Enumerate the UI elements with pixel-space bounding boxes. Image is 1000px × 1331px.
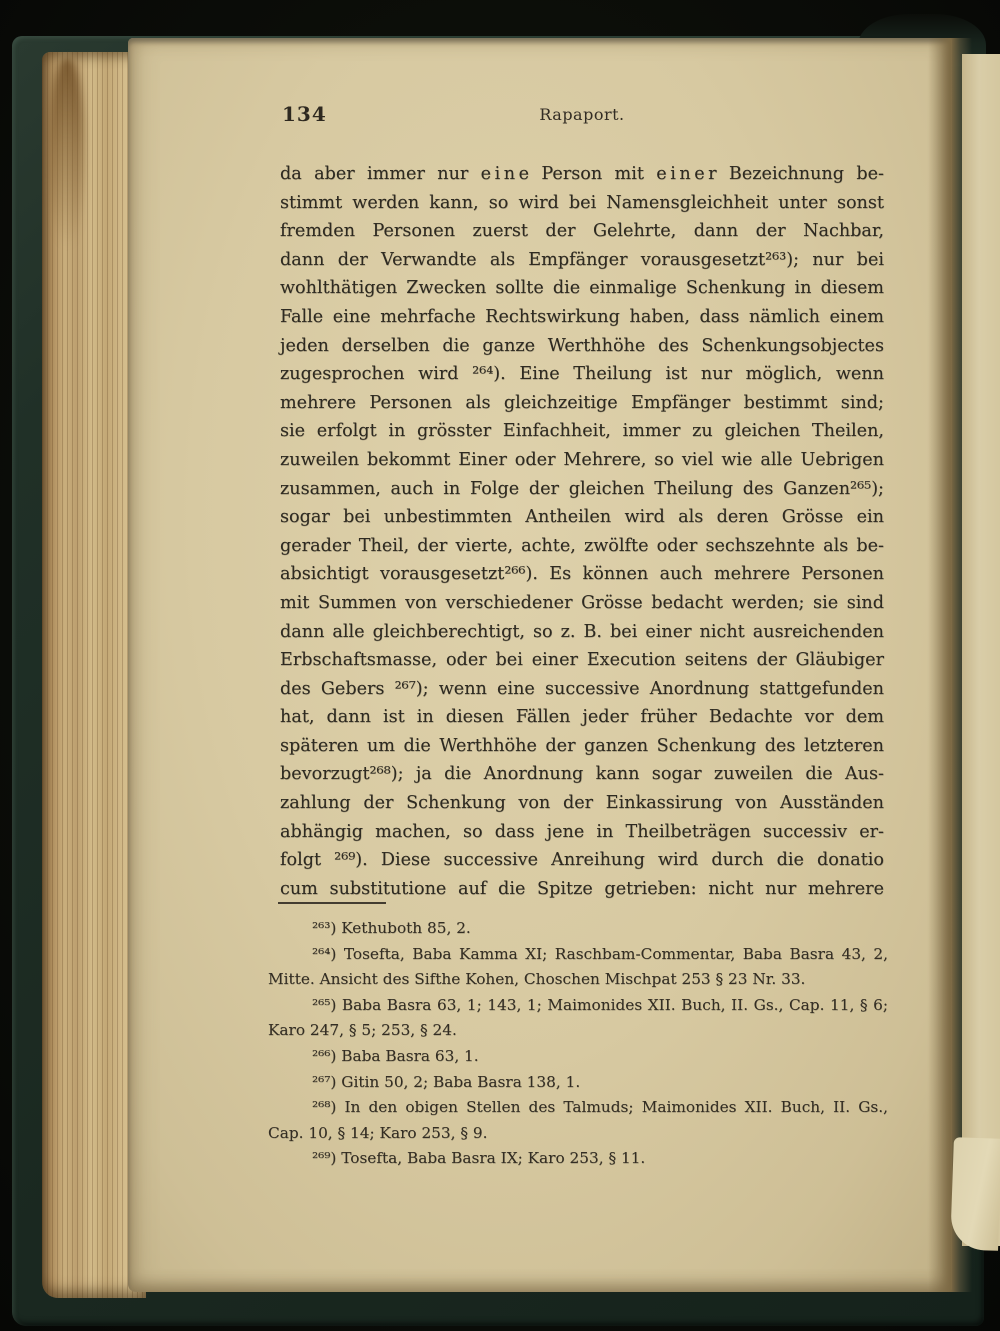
footnote: ²⁶⁴) Tosefta, Baba Kamma XI; Raschbam-Co… bbox=[268, 942, 888, 993]
body-text: da aber immer nur e i n e Person mit e i… bbox=[280, 160, 884, 903]
body-text-line: da aber immer nur e i n e Person mit e i… bbox=[280, 160, 884, 189]
body-text-line: sogar bei unbestimmten Antheilen wird al… bbox=[280, 503, 884, 532]
page-edge-stain bbox=[50, 58, 84, 248]
body-text-line: fremden Personen zuerst der Gelehrte, da… bbox=[280, 217, 884, 246]
footnote: ²⁶⁷) Gitin 50, 2; Baba Basra 138, 1. bbox=[268, 1070, 888, 1096]
body-text-line: Erbschaftsmasse, oder bei einer Executio… bbox=[280, 646, 884, 675]
footnote: ²⁶³) Kethuboth 85, 2. bbox=[268, 916, 888, 942]
body-text-line: dann alle gleichberechtigt, so z. B. bei… bbox=[280, 618, 884, 647]
body-text-line: jeden derselben die ganze Werthhöhe des … bbox=[280, 332, 884, 361]
body-text-line: gerader Theil, der vierte, achte, zwölft… bbox=[280, 532, 884, 561]
body-text-line: zusammen, auch in Folge der gleichen The… bbox=[280, 475, 884, 504]
body-text-line: späteren um die Werthhöhe der ganzen Sch… bbox=[280, 732, 884, 761]
page-header: 134 Rapaport. bbox=[280, 102, 884, 132]
body-text-line: absichtigt vorausgesetzt²⁶⁶). Es können … bbox=[280, 560, 884, 589]
body-text-line: Falle eine mehrfache Rechtswirkung haben… bbox=[280, 303, 884, 332]
body-text-line: zugesprochen wird ²⁶⁴). Eine Theilung is… bbox=[280, 360, 884, 389]
body-text-line: zuweilen bekommt Einer oder Mehrere, so … bbox=[280, 446, 884, 475]
scanned-book-photo: 134 Rapaport. da aber immer nur e i n e … bbox=[0, 0, 1000, 1331]
body-text-line: cum substitutione auf die Spitze getrieb… bbox=[280, 875, 884, 904]
body-text-line: des Gebers ²⁶⁷); wenn eine successive An… bbox=[280, 675, 884, 704]
footnote: ²⁶⁹) Tosefta, Baba Basra IX; Karo 253, §… bbox=[268, 1146, 888, 1172]
body-text-line: abhängig machen, so dass jene in Theilbe… bbox=[280, 818, 884, 847]
footnote: ²⁶⁵) Baba Basra 63, 1; 143, 1; Maimonide… bbox=[268, 993, 888, 1044]
body-text-line: mehrere Personen als gleichzeitige Empfä… bbox=[280, 389, 884, 418]
scanned-page: 134 Rapaport. da aber immer nur e i n e … bbox=[128, 38, 952, 1292]
body-text-line: folgt ²⁶⁹). Diese successive Anreihung w… bbox=[280, 846, 884, 875]
body-text-line: stimmt werden kann, so wird bei Namensgl… bbox=[280, 189, 884, 218]
footnotes-block: ²⁶³) Kethuboth 85, 2.²⁶⁴) Tosefta, Baba … bbox=[268, 916, 888, 1172]
body-text-line: bevorzugt²⁶⁸); ja die Anordnung kann sog… bbox=[280, 760, 884, 789]
running-header: Rapaport. bbox=[280, 105, 884, 124]
footnote: ²⁶⁸) In den obigen Stellen des Talmuds; … bbox=[268, 1095, 888, 1146]
facing-page-edge bbox=[962, 54, 1000, 1246]
footnote: ²⁶⁶) Baba Basra 63, 1. bbox=[268, 1044, 888, 1070]
body-text-line: mit Summen von verschiedener Grösse beda… bbox=[280, 589, 884, 618]
body-text-line: wohlthätigen Zwecken sollte die einmalig… bbox=[280, 274, 884, 303]
body-text-line: hat, dann ist in diesen Fällen jeder frü… bbox=[280, 703, 884, 732]
body-text-line: sie erfolgt in grösster Einfachheit, imm… bbox=[280, 417, 884, 446]
footnote-separator bbox=[278, 902, 386, 904]
body-text-line: zahlung der Schenkung von der Einkassiru… bbox=[280, 789, 884, 818]
facing-page-curl bbox=[950, 1137, 1000, 1251]
body-text-line: dann der Verwandte als Empfänger vorausg… bbox=[280, 246, 884, 275]
